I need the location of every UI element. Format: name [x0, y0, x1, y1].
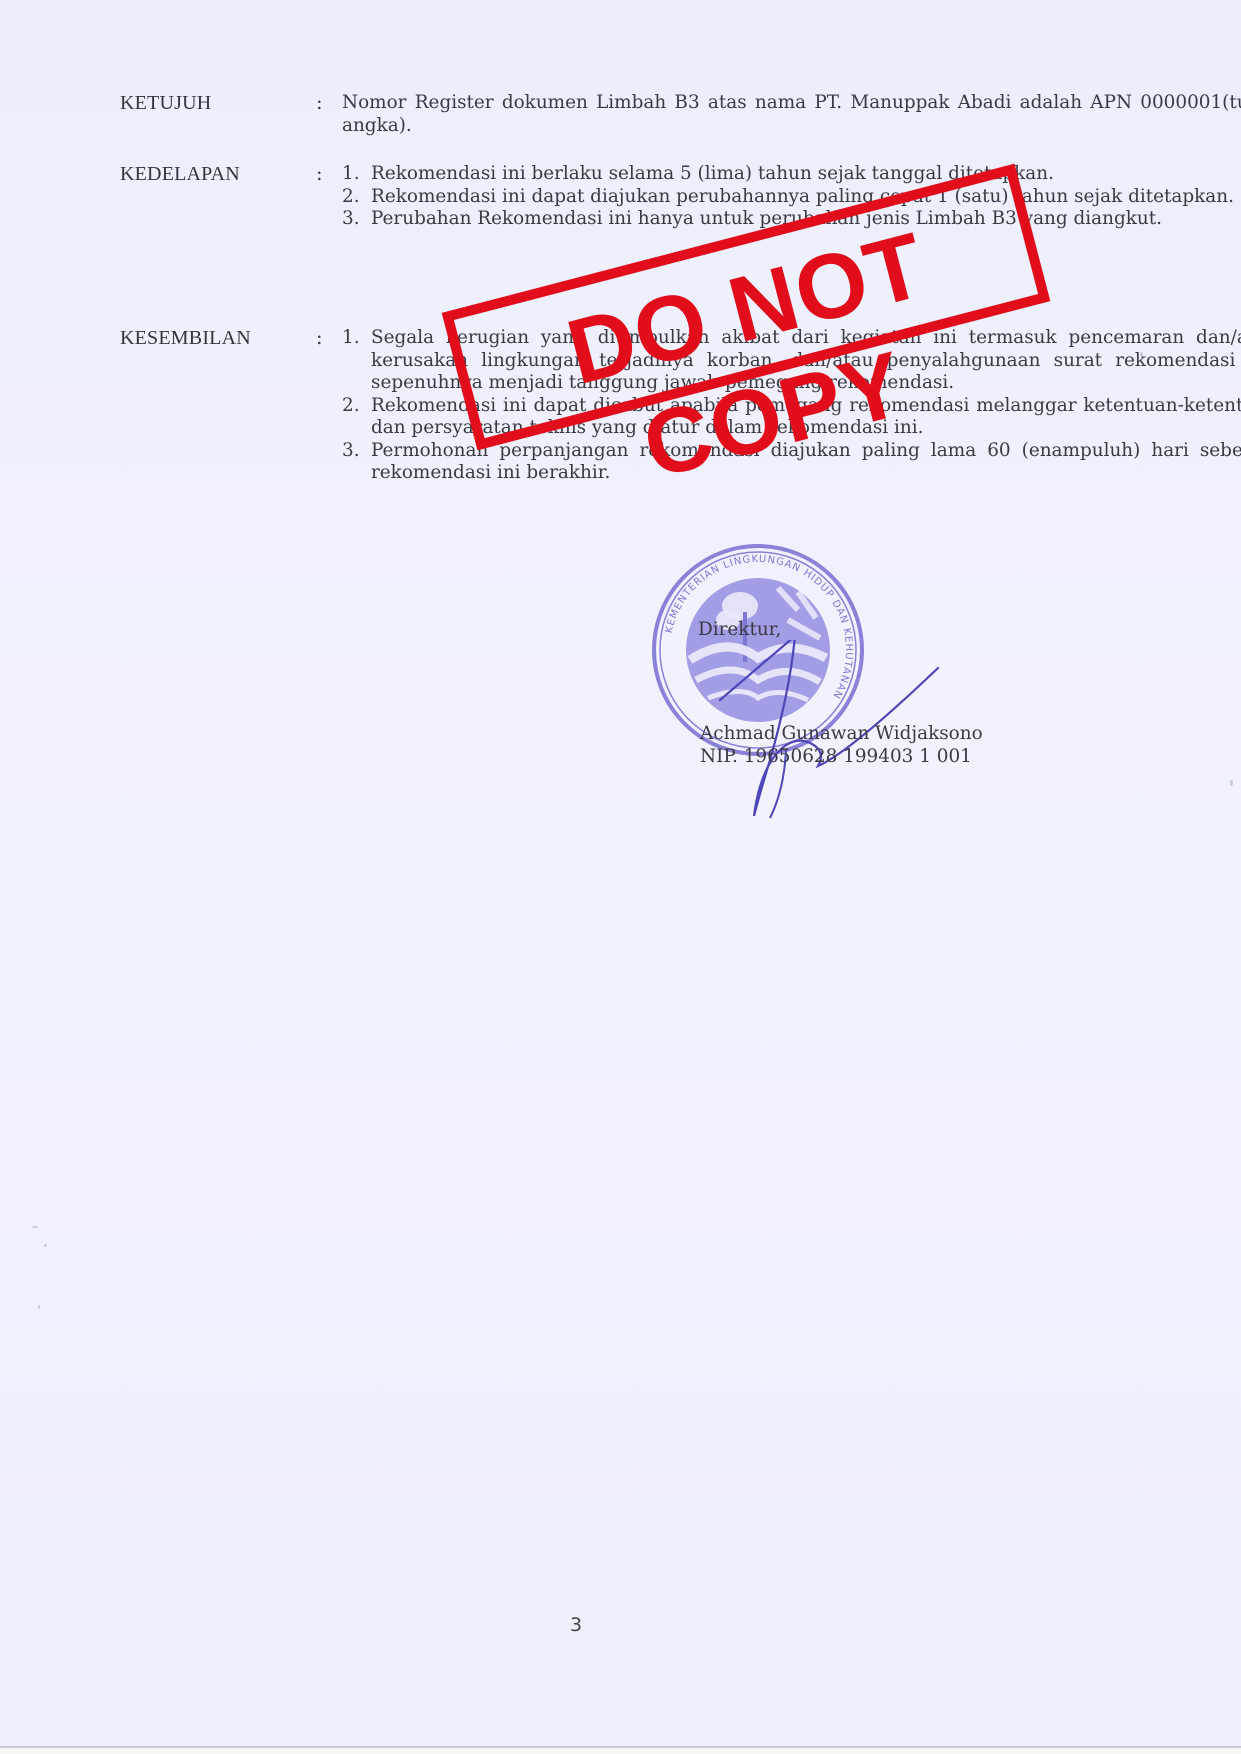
signatory-name: Achmad Gunawan Widjaksono	[700, 723, 983, 744]
scan-margin	[0, 1748, 1241, 1754]
scan-speck	[1140, 352, 1143, 357]
list-item-number: 1.	[342, 163, 360, 186]
section-label: KETUJUH	[120, 92, 211, 115]
scan-speck	[32, 1226, 38, 1228]
scan-speck	[44, 1244, 47, 1247]
section-colon: :	[316, 327, 323, 350]
list-item: 2. Rekomendasi ini dapat diajukan peruba…	[342, 186, 1241, 209]
section-label: KEDELAPAN	[120, 163, 240, 186]
list-item: 1. Rekomendasi ini berlaku selama 5 (lim…	[342, 163, 1241, 186]
list-item-number: 2.	[342, 395, 360, 418]
document-page	[0, 0, 1241, 1747]
list-item-number: 3.	[342, 440, 360, 463]
page-number: 3	[570, 1614, 582, 1636]
scan-speck	[1230, 780, 1233, 786]
list-item-text: Perubahan Rekomendasi ini hanya untuk pe…	[371, 208, 1162, 229]
list-item-text: Rekomendasi ini dapat diajukan perubahan…	[371, 186, 1234, 207]
scan-speck	[38, 1305, 40, 1309]
signatory-nip: NIP. 19650628 199403 1 001	[700, 746, 972, 767]
section-colon: :	[316, 92, 323, 115]
list-item-number: 1.	[342, 327, 360, 350]
list-item-number: 3.	[342, 208, 360, 231]
list-item-number: 2.	[342, 186, 360, 209]
signatory-title: Direktur,	[698, 619, 781, 640]
section-label: KESEMBILAN	[120, 327, 251, 350]
section-colon: :	[316, 163, 323, 186]
section-paragraph: Nomor Register dokumen Limbah B3 atas na…	[342, 92, 1241, 137]
